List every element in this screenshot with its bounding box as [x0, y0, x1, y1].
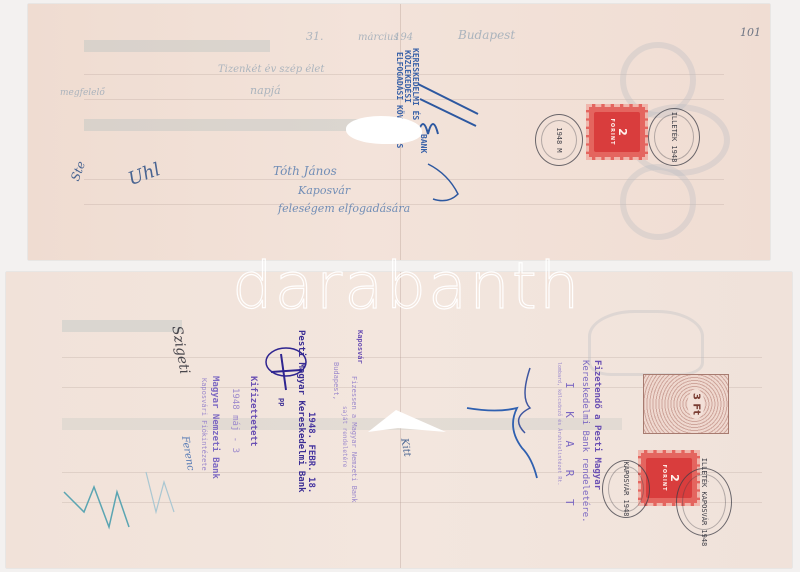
bill-of-exchange-top: 101 31. március 194 Budapest Tizenkét év…	[28, 4, 770, 260]
guilloche-ornament	[620, 164, 696, 240]
endorsement-stamp-line: Fizessen a Magyar Nemzeti Bank	[350, 376, 358, 502]
printed-band	[84, 119, 384, 131]
corner-number: 101	[740, 26, 761, 39]
guilloche-ornament	[588, 310, 704, 376]
endorsement-stamp-line: saját rendeletére	[341, 406, 348, 467]
endorsement-stamp-line: Magyar Nemzeti Bank	[210, 376, 220, 479]
signature-scribble	[56, 462, 196, 552]
printed-band	[84, 40, 270, 52]
endorsement-stamp-line: 1948. FEBR. 18.	[306, 412, 316, 493]
postmark: ILLETÉK KAPOSVÁR 1948	[676, 468, 732, 536]
payee-name: Tóth János	[273, 164, 337, 178]
torn-hole	[368, 408, 448, 434]
date-day: 31.	[306, 30, 324, 43]
endorsement-stamp-line: Kifizettetett	[248, 376, 258, 446]
signature: Uhl	[125, 159, 163, 190]
postmark: 1948 M	[535, 114, 583, 166]
revenue-stamp-value: 2FORINT	[659, 465, 679, 492]
handwritten-line: megfelelő	[60, 88, 105, 98]
endorsement-stamp-line: Budapest,	[332, 362, 340, 400]
signature-scribble	[261, 342, 321, 402]
postmark: KAPOSVÁR 1948	[602, 460, 650, 518]
date-month: március	[358, 32, 399, 43]
date-year: 194	[394, 32, 413, 43]
handwritten-line: napjá	[250, 84, 281, 97]
endorsement-stamp-line: Fizetendő a Pesti Magyar	[592, 360, 602, 490]
revenue-stamp-value: 2FORINT	[607, 119, 627, 146]
printed-band	[62, 320, 182, 332]
postmark: ILLETÉK 1948	[648, 108, 700, 166]
endorsement-stamp-line: Kaposvár	[356, 330, 364, 364]
signature-scribble	[462, 358, 562, 498]
signature-scribble	[388, 74, 498, 214]
endorsement-stamp-line: 1948 máj - 3	[230, 388, 240, 453]
payee-city: Kaposvár	[298, 184, 350, 197]
signature: Kitt	[398, 437, 412, 457]
endorsement-stamp-line: I K A R T	[563, 382, 576, 514]
signature: Szigeti	[168, 325, 192, 376]
torn-hole	[346, 116, 422, 144]
revenue-stamp: 2FORINT	[586, 104, 648, 160]
bill-of-exchange-bottom: Fizetendő a Pesti Magyar Kereskedelmi Ba…	[6, 272, 792, 568]
endorsement-stamp-line: Kereskedelmi Bank rendeletére.	[580, 360, 590, 523]
endorsement-stamp-line: Kaposvári Fiókintézete	[200, 378, 208, 471]
revenue-stamp-3ft: 3 Ft	[643, 374, 729, 434]
date-place: Budapest	[458, 28, 515, 42]
handwritten-line: Tizenkét év szép élet	[218, 64, 324, 75]
